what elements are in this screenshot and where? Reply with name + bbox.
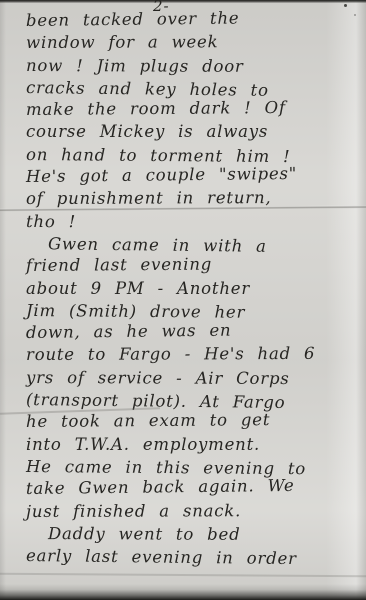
handwritten-line: early last evening in order: [26, 545, 364, 571]
letter-body: been tacked over thewindow for a weeknow…: [26, 10, 364, 567]
handwritten-line: make the room dark ! Of: [26, 97, 364, 122]
handwritten-line: into T.W.A. employment.: [26, 434, 364, 456]
handwritten-line: take Gwen back again. We: [26, 474, 364, 500]
handwritten-line: route to Fargo - He's had 6: [26, 343, 364, 367]
handwritten-line: tho !: [26, 211, 364, 235]
handwritten-line: friend last evening: [26, 253, 364, 278]
handwritten-line: yrs of service - Air Corps: [26, 367, 364, 391]
handwritten-line: of punishment in return,: [26, 187, 364, 211]
handwritten-line: been tacked over the: [26, 6, 364, 32]
handwritten-line: just finished a snack.: [26, 499, 364, 523]
handwritten-line: down, as he was en: [26, 318, 364, 344]
handwritten-line: he took an exam to get: [26, 409, 364, 434]
paper-crease: [0, 573, 366, 578]
handwritten-line: He's got a couple "swipes": [26, 162, 364, 188]
handwritten-line: about 9 PM - Another: [26, 278, 364, 300]
handwritten-line: course Mickey is always: [26, 121, 364, 143]
scanned-letter-page: 2- been tacked over thewindow for a week…: [0, 0, 366, 600]
handwritten-line: now ! Jim plugs door: [26, 55, 364, 79]
scan-speck: [354, 14, 356, 16]
scan-edge-top: [0, 0, 366, 3]
scan-edge-bottom: [0, 584, 366, 600]
scan-speck: [344, 4, 347, 7]
handwritten-line: window for a week: [26, 31, 364, 55]
handwritten-line: Daddy went to bed: [26, 523, 364, 547]
